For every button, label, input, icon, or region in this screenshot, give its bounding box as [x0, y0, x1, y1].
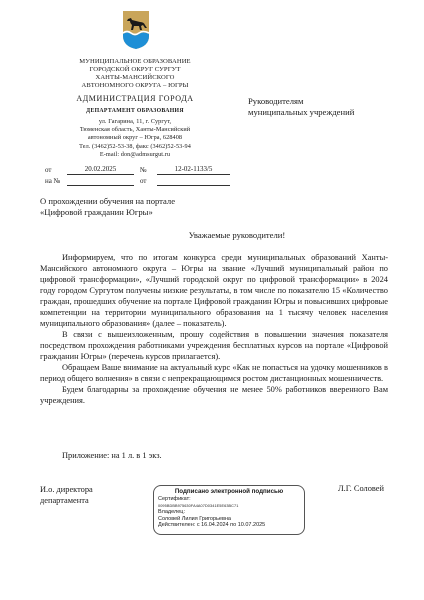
ref-number [67, 176, 134, 186]
address-line: ул. Гагарина, 11, г. Сургут, [40, 118, 230, 126]
body-paragraph: Будем благодарны за прохождение обучения… [40, 384, 388, 406]
number-label: № [140, 165, 147, 176]
address-block: ул. Гагарина, 11, г. Сургут, Тюменская о… [40, 118, 230, 159]
ref-label: на № [45, 176, 60, 187]
recipient-line: муниципальных учреждений [248, 107, 354, 118]
address-line: Тюменская область, Ханты-Мансийский [40, 126, 230, 134]
org-line: ГОРОДСКОЙ ОКРУГ СУРГУТ [40, 66, 230, 74]
administration-title: АДМИНИСТРАЦИЯ ГОРОДА [40, 95, 230, 103]
letter-body: Информируем, что по итогам конкурса сред… [40, 252, 388, 406]
owner-label: Владелец: [158, 509, 300, 516]
ref-from-label: от [140, 176, 146, 187]
electronic-signature-stamp: Подписано электронной подписью Сертифика… [153, 485, 305, 535]
attachment-note: Приложение: на 1 л. в 1 экз. [62, 451, 162, 460]
registration-block: от 20.02.2025 № 12-02-1133/5 на № от [45, 165, 235, 187]
coat-of-arms-icon [122, 10, 150, 50]
email-line: E-mail: don@admsurgut.ru [40, 151, 230, 159]
body-paragraph: Информируем, что по итогам конкурса сред… [40, 252, 388, 329]
body-paragraph: В связи с вышеизложенным, прошу содейств… [40, 329, 388, 362]
position-line: И.о. директора [40, 484, 93, 495]
org-line: МУНИЦИПАЛЬНОЕ ОБРАЗОВАНИЕ [40, 58, 230, 66]
from-label: от [45, 165, 51, 176]
subject-line: О прохождении обучения на портале [40, 196, 175, 207]
cert-label: Сертификат: [158, 496, 300, 503]
address-line: автономный округ – Югра, 628408 [40, 134, 230, 142]
greeting: Уважаемые руководители! [0, 230, 424, 240]
document-date: 20.02.2025 [67, 165, 134, 175]
organization-name: МУНИЦИПАЛЬНОЕ ОБРАЗОВАНИЕ ГОРОДСКОЙ ОКРУ… [40, 58, 230, 90]
validity-period: Действителен: с 16.04.2024 по 10.07.2025 [158, 522, 300, 529]
body-paragraph: Обращаем Ваше внимание на актуальный кур… [40, 362, 388, 384]
phone-line: Тел. (3462)52-53-38, факс (3462)52-53-94 [40, 143, 230, 151]
stamp-title: Подписано электронной подписью [158, 488, 300, 496]
org-line: ХАНТЫ-МАНСИЙСКОГО [40, 74, 230, 82]
signatory-position: И.о. директора департамента [40, 484, 93, 506]
reference-row: на № от [45, 176, 235, 187]
subject: О прохождении обучения на портале «Цифро… [40, 196, 175, 218]
document-number: 12-02-1133/5 [157, 165, 230, 175]
registration-row: от 20.02.2025 № 12-02-1133/5 [45, 165, 235, 176]
org-line: АВТОНОМНОГО ОКРУГА – ЮГРЫ [40, 82, 230, 90]
recipient-block: Руководителям муниципальных учреждений [248, 96, 354, 117]
recipient-line: Руководителям [248, 96, 354, 107]
department-title: ДЕПАРТАМЕНТ ОБРАЗОВАНИЯ [40, 107, 230, 115]
cert-number: 0095BDBB975630FA4A07D0341E5E63BC71 [158, 503, 300, 510]
ref-date [157, 176, 230, 186]
signatory-name: Л.Г. Соловей [338, 484, 384, 493]
subject-line: «Цифровой гражданин Югры» [40, 207, 175, 218]
position-line: департамента [40, 495, 93, 506]
